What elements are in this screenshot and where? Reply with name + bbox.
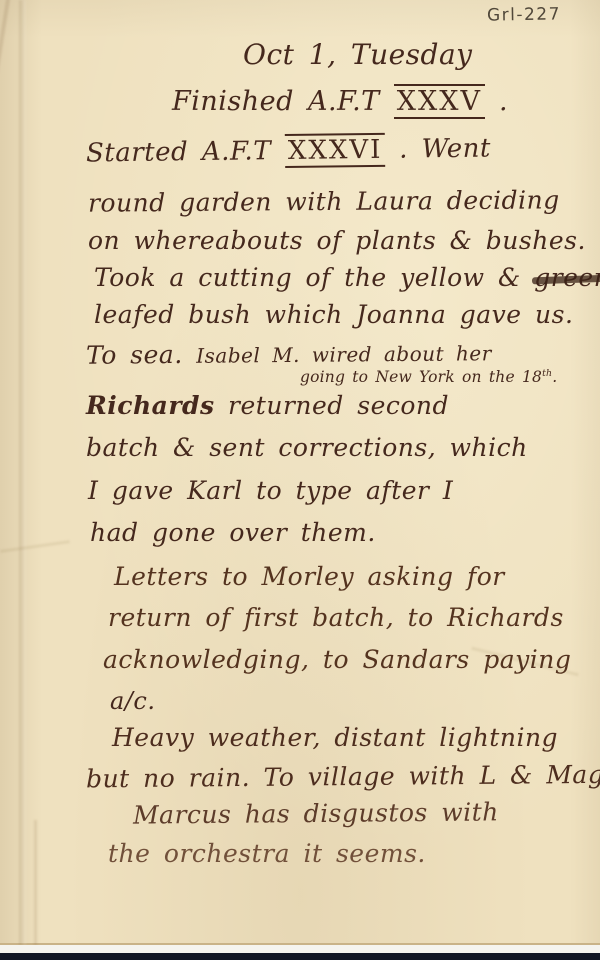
diary-line-return: return of first batch, to Richards [108, 604, 564, 632]
started-text: Started A.F.T [86, 136, 285, 168]
diary-line-leafed: leafed bush which Joanna gave us. [94, 301, 573, 329]
diary-line-letters: Letters to Morley asking for [114, 563, 505, 591]
diary-line-cutting: Took a cutting of the yellow & green [94, 264, 600, 292]
finished-period: . [485, 86, 508, 117]
roman-numeral-xxxvi: XXXVI [285, 133, 386, 168]
started-went: . Went [385, 134, 491, 165]
catalog-number: Grl-227 [487, 4, 561, 25]
insert-text: going to New York on the 18 [300, 368, 542, 386]
cutting-text: Took a cutting of the yellow & [94, 263, 534, 292]
roman-numeral-xxxv: XXXV [394, 84, 485, 119]
diary-line-weather: Heavy weather, distant lightning [112, 724, 558, 752]
date-heading: Oct 1, Tuesday [243, 40, 473, 71]
diary-line-acknowledging: acknowledging, to Sandars paying [103, 646, 571, 674]
manuscript-scan: Grl-227 Oct 1, Tuesday Finished A.F.T XX… [0, 0, 600, 960]
diary-line-account: a/c. [110, 688, 155, 714]
diary-line-orchestra: the orchestra it seems. [108, 840, 426, 868]
ordinal-superscript: th [542, 368, 552, 379]
insert-period: . [552, 368, 557, 386]
diary-line-started: Started A.F.T XXXVI . Went [86, 135, 491, 169]
diary-line-gave-karl: I gave Karl to type after I [88, 477, 453, 505]
diary-line-batch: batch & sent corrections, which [86, 434, 528, 462]
struck-out-word: green [534, 263, 600, 292]
diary-line-richards: Richards returned second [86, 392, 449, 420]
tosea-text: To sea. [86, 340, 196, 370]
interlinear-insertion: going to New York on the 18th. [300, 369, 557, 386]
richards-rest: returned second [215, 391, 449, 420]
diary-line-to-sea: To sea. Isabel M. wired about her [86, 338, 492, 369]
diary-page: Grl-227 Oct 1, Tuesday Finished A.F.T XX… [0, 0, 600, 960]
richards-name: Richards [86, 391, 215, 420]
finished-text: Finished A.F.T [172, 86, 394, 117]
isabel-text: Isabel M. wired about her [196, 341, 492, 368]
diary-line-whereabouts: on whereabouts of plants & bushes. [88, 227, 586, 255]
diary-line-gone-over: had gone over them. [90, 519, 376, 547]
diary-line-garden: round garden with Laura deciding [88, 186, 560, 217]
diary-line-finished: Finished A.F.T XXXV . [172, 87, 508, 117]
diary-line-rain: but no rain. To village with L & Magd. [86, 761, 600, 793]
diary-line-marcus: Marcus has disgustos with [133, 798, 499, 829]
